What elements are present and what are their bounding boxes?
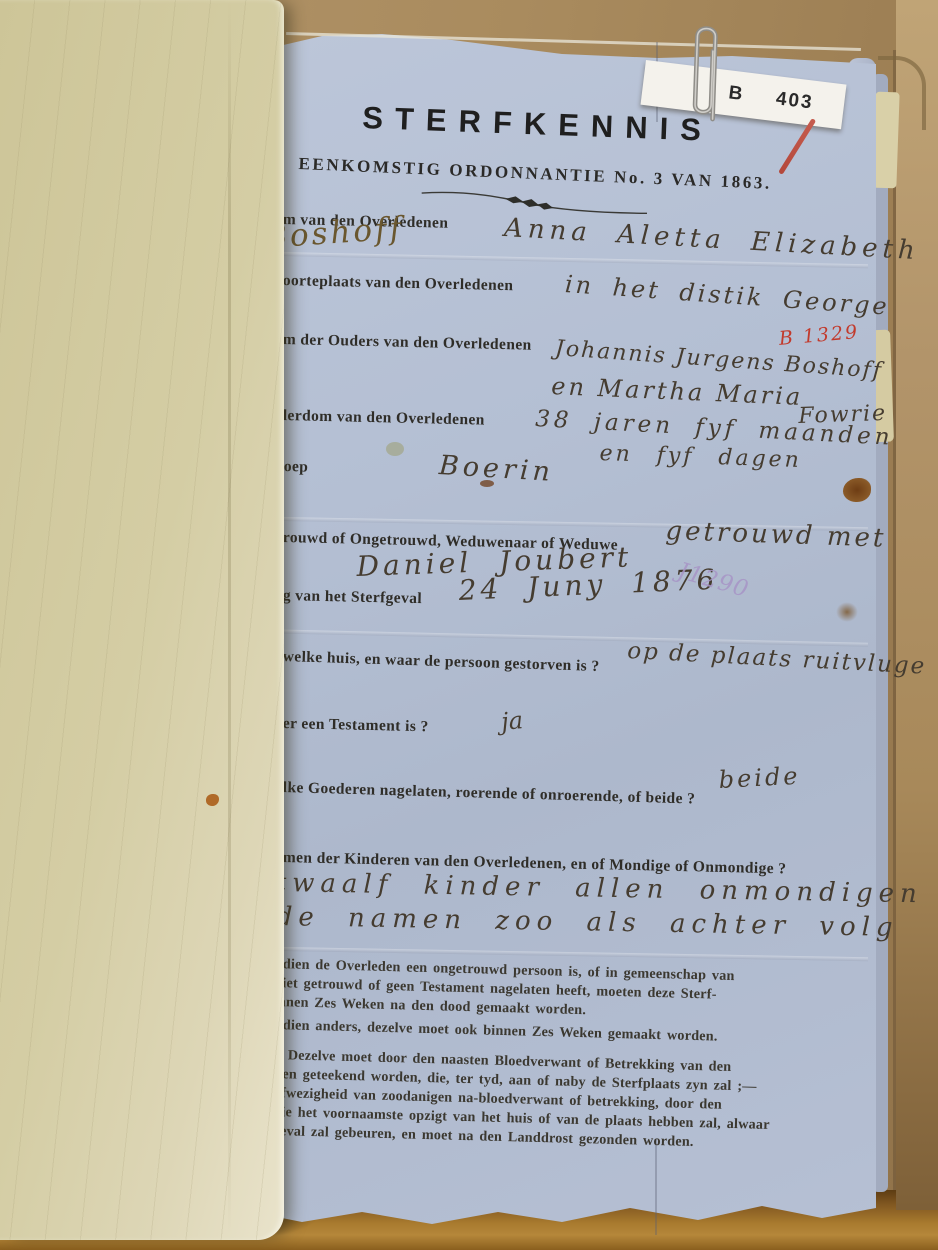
handwritten-goods: beide: [718, 762, 801, 794]
torn-page-fragment: [872, 92, 899, 189]
page-seam: [655, 1140, 657, 1235]
footnote-paragraph-1: ndien de Overleden een ongetrouwd persoo…: [274, 955, 735, 1024]
footnote-paragraph-3: * Dezelve moet door den naasten Bloedver…: [273, 1046, 772, 1154]
left-blank-page: [0, 0, 284, 1240]
archive-label-letter: B: [727, 82, 743, 106]
archive-label-number: 403: [775, 88, 815, 114]
field-label-testament: er een Testament is ?: [283, 715, 429, 736]
book-cover-edge: [896, 0, 938, 1210]
scanned-document-photo: STERFKENNIS EENKOMSTIG ORDONNANTIE No. 3…: [0, 0, 938, 1250]
ink-stain: [836, 602, 858, 622]
ink-stain: [843, 478, 871, 502]
page-fold-line: [228, 0, 231, 1235]
paperclip: [680, 20, 726, 125]
cover-seam: [893, 50, 896, 1190]
handwritten-testament: ja: [500, 706, 524, 736]
field-label-date-of-death: g van het Sterfgeval: [283, 587, 423, 608]
field-label-occupation: oep: [284, 458, 309, 477]
faint-stain: [386, 442, 404, 456]
